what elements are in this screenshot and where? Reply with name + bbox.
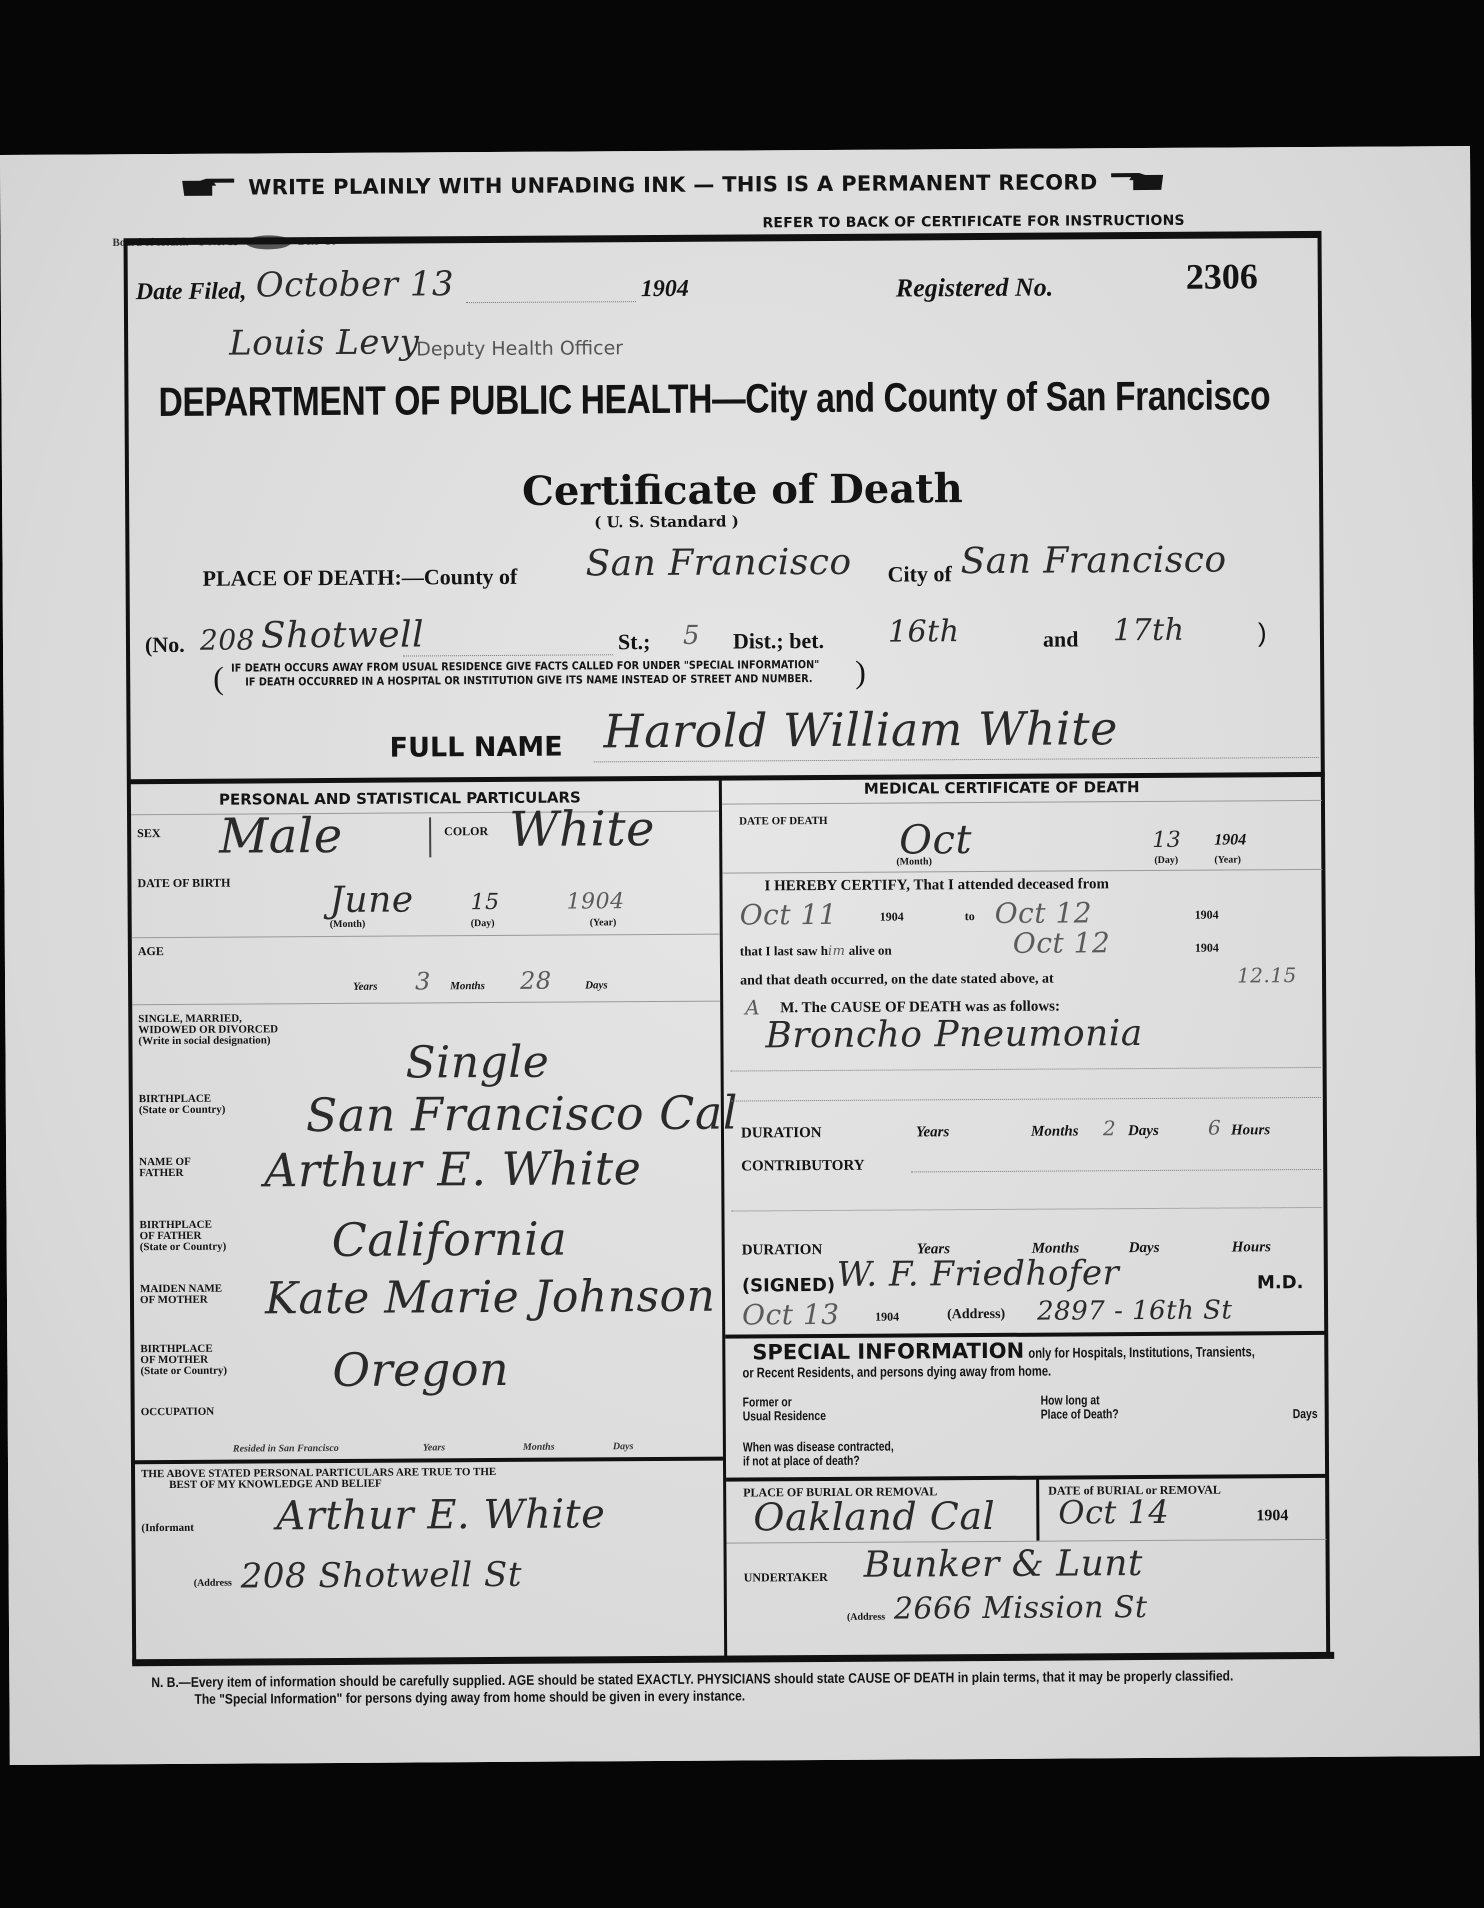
- county-value: San Francisco: [585, 542, 851, 585]
- burial-place: Oakland Cal: [753, 1494, 995, 1539]
- full-name-value: Harold William White: [603, 701, 1118, 758]
- duration-days: 2: [1103, 1116, 1116, 1140]
- death-day: 13: [1152, 828, 1181, 853]
- age-months: 3: [415, 967, 431, 995]
- registered-no-label: Registered No.: [896, 273, 1054, 304]
- certificate-title: Certificate of Death: [522, 465, 963, 515]
- death-time: 12.15: [1237, 963, 1297, 987]
- between-street-2: 17th: [1113, 613, 1185, 648]
- pointing-hand-icon: [180, 177, 238, 199]
- duration-hours: 6: [1208, 1116, 1221, 1140]
- mother-birthplace-value: Oregon: [332, 1342, 509, 1397]
- physician-address: 2897 - 16th St: [1037, 1295, 1232, 1326]
- meridiem: A: [745, 995, 760, 1019]
- dob-day: 15: [470, 890, 499, 915]
- informant-address: 208 Shotwell St: [241, 1555, 523, 1597]
- father-name-value: Arthur E. White: [264, 1141, 642, 1197]
- date-filed-year: 1904: [641, 276, 689, 303]
- last-saw-date: Oct 12: [1013, 926, 1111, 960]
- registered-number: 2306: [1186, 255, 1258, 297]
- mother-name-value: Kate Marie Johnson: [265, 1271, 716, 1325]
- age-days: 28: [520, 967, 552, 995]
- medical-section-title: MEDICAL CERTIFICATE OF DEATH: [864, 778, 1140, 798]
- undertaker-name: Bunker & Lunt: [864, 1543, 1144, 1586]
- street-name: Shotwell: [261, 614, 424, 656]
- burial-date: Oct 14: [1058, 1493, 1169, 1532]
- physician-signature: W. F. Friedhofer: [837, 1253, 1120, 1295]
- between-street-1: 16th: [888, 614, 960, 649]
- dob-month: June: [329, 879, 413, 921]
- special-information: SPECIAL INFORMATION only for Hospitals, …: [752, 1337, 1312, 1364]
- st-label: St.;: [618, 629, 651, 655]
- marital-status-value: Single: [405, 1037, 549, 1089]
- place-of-death-label: PLACE OF DEATH:—County of: [203, 564, 518, 592]
- city-value: San Francisco: [960, 540, 1226, 583]
- full-name-label: FULL NAME: [390, 732, 563, 764]
- officer-title: Deputy Health Officer: [416, 337, 623, 360]
- date-filed-label: Date Filed,: [136, 278, 247, 306]
- dob-year: 1904: [566, 889, 624, 914]
- attended-from: Oct 11: [740, 898, 838, 932]
- permanent-record-notice: WRITE PLAINLY WITH UNFADING INK — THIS I…: [180, 170, 1165, 200]
- signed-date: Oct 13: [742, 1298, 840, 1332]
- us-standard-label: ( U. S. Standard ): [594, 512, 739, 531]
- attended-to: Oct 12: [995, 896, 1093, 930]
- date-filed-value: October 13: [256, 264, 455, 305]
- death-certificate: WRITE PLAINLY WITH UNFADING INK — THIS I…: [0, 146, 1480, 1765]
- father-birthplace-value: California: [331, 1212, 567, 1267]
- death-year: 1904: [1214, 831, 1246, 849]
- pointing-hand-icon: [1107, 171, 1165, 193]
- sex-value: Male: [219, 808, 343, 865]
- and-label: and: [1043, 626, 1079, 652]
- undertaker-address: 2666 Mission St: [894, 1590, 1148, 1627]
- street-number: 208: [200, 623, 255, 656]
- footer-note: N. B.—Every item of information should b…: [151, 1667, 1235, 1708]
- informant-name: Arthur E. White: [276, 1491, 605, 1539]
- instructions-notice: REFER TO BACK OF CERTIFICATE FOR INSTRUC…: [762, 213, 1184, 232]
- district-number: 5: [683, 621, 700, 651]
- cause-of-death: Broncho Pneumonia: [765, 1013, 1143, 1056]
- color-value: White: [509, 801, 655, 858]
- district-between-label: Dist.; bet.: [733, 628, 824, 655]
- city-label: City of: [888, 561, 952, 587]
- burial-year: 1904: [1256, 1507, 1288, 1525]
- birthplace-value: San Francisco Cal: [306, 1086, 738, 1143]
- street-no-label: (No.: [145, 632, 185, 658]
- department-title: DEPARTMENT OF PUBLIC HEALTH—City and Cou…: [158, 372, 1270, 426]
- health-officer-signature: Louis Levy: [229, 322, 419, 363]
